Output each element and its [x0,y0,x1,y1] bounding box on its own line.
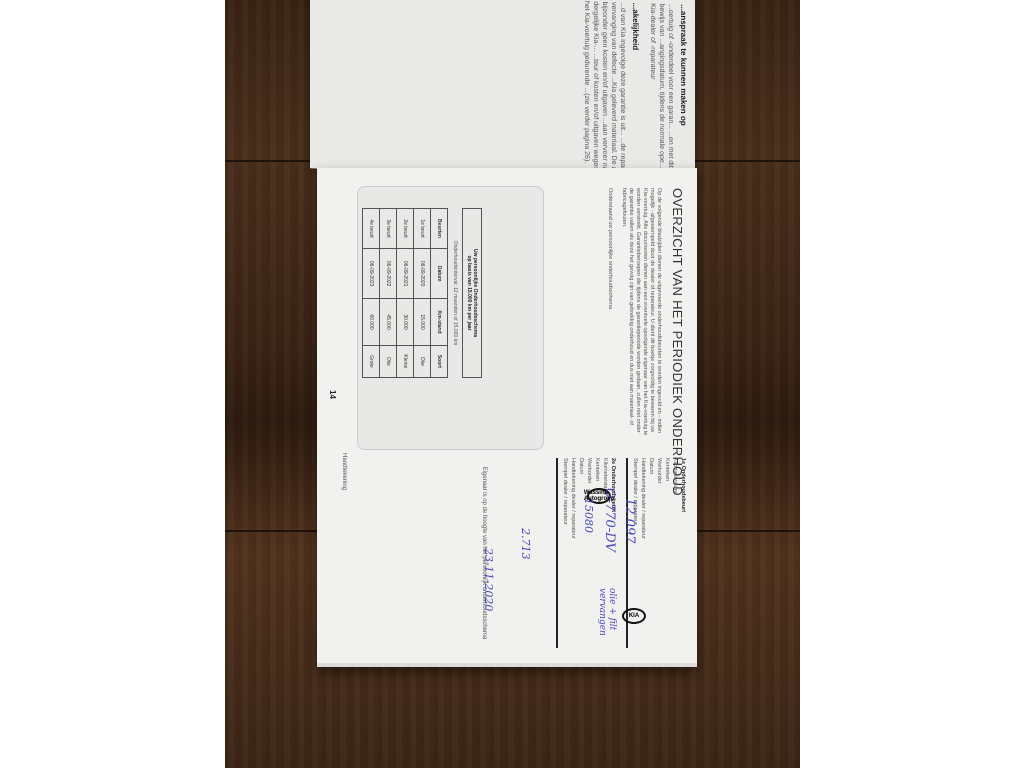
wooden-table-photo: ...anspraak te kunnen maken op ...oertui… [225,0,800,768]
form-field-label: Werkorder [585,458,593,648]
schedule-title: Uw persoonlijke Onderhoudsschema op basi… [462,208,482,378]
form-field-label: Datum [647,458,655,648]
intro-schedule-line: Onderstaand uw persoonlijke onderhoudssc… [607,188,613,309]
table-cell: 06-09-2023 [363,249,380,299]
table-cell: 06-09-2020 [414,249,431,299]
table-cell: 15.000 [414,299,431,345]
table-cell: Grote [363,345,380,377]
handwritten-plate-1: G-770-DV [602,488,617,552]
form-field-label: Stempel dealer / reparateur [561,458,569,648]
table-cell: 3e beurt [380,209,397,249]
booklet-bottom-page: OVERZICHT VAN HET PERIODIEK ONDERHOUD Op… [317,168,697,667]
table-cell: Kleine [397,345,414,377]
schedule-title-line2: op basis van 15.000 km per jaar [466,212,472,374]
form-field-label: Kilometerstand [671,458,679,648]
table-cell: 1e beurt [414,209,431,249]
intro-text: Op de volgende bladzijden dienen de uitg… [606,188,662,438]
table-row: 1e beurt06-09-202015.000Olie [414,209,431,378]
service1-heading: 1e Onderhoudsbeurt [679,458,687,648]
handwritten-order-1: 15080 [582,498,595,533]
handwritten-note-1: olie + filt vervangen [597,588,617,668]
form-field-label: Handtekening dealer / reparateur [569,458,577,648]
page-title: OVERZICHT VAN HET PERIODIEK ONDERHOUD [670,188,685,496]
table-cell: 06-09-2022 [380,249,397,299]
table-row: 3e beurt06-09-202245.000Olie [380,209,397,378]
column-header: Beurten [431,209,448,249]
table-cell: 60.000 [363,299,380,345]
table-row: 2e beurt06-09-202130.000Kleine [397,209,414,378]
handwritten-date-2: 23-11-2020 [482,548,495,611]
form-field-label: Werkorder [655,458,663,648]
divider [556,458,558,648]
table-cell: 06-09-2021 [397,249,414,299]
handwritten-km-1: 12.097 [622,498,637,544]
booklet-top-page: ...anspraak te kunnen maken op ...oertui… [310,0,695,182]
intro-paragraph: Op de volgende bladzijden dienen de uitg… [621,188,662,435]
maintenance-schedule: Uw persoonlijke Onderhoudsschema op basi… [362,208,482,378]
column-header: Datum [431,249,448,299]
table-cell: Olie [380,345,397,377]
column-header: Soort [431,345,448,377]
schedule-table: BeurtenDatumKm-standSoort 1e beurt06-09-… [362,208,448,378]
form-field-label: Datum [577,458,585,648]
page-number: 14 [328,390,337,399]
schedule-title-line1: Uw persoonlijke Onderhoudsschema [472,212,478,374]
table-row: 4e beurt06-09-202360.000Grote [363,209,380,378]
table-cell: 4e beurt [363,209,380,249]
table-cell: 30.000 [397,299,414,345]
schedule-interval: Onderhoudsinterval: 12 maanden of 15.000… [452,208,458,378]
form-field-label: Kenteken [663,458,671,648]
signature-label: Handtekening [341,453,347,653]
kia-logo: KIA [622,608,646,624]
table-cell: 2e beurt [397,209,414,249]
table-cell: 45.000 [380,299,397,345]
table-cell: Olie [414,345,431,377]
handwritten-km-2: 2.713 [519,528,532,560]
column-header: Km-stand [431,299,448,345]
